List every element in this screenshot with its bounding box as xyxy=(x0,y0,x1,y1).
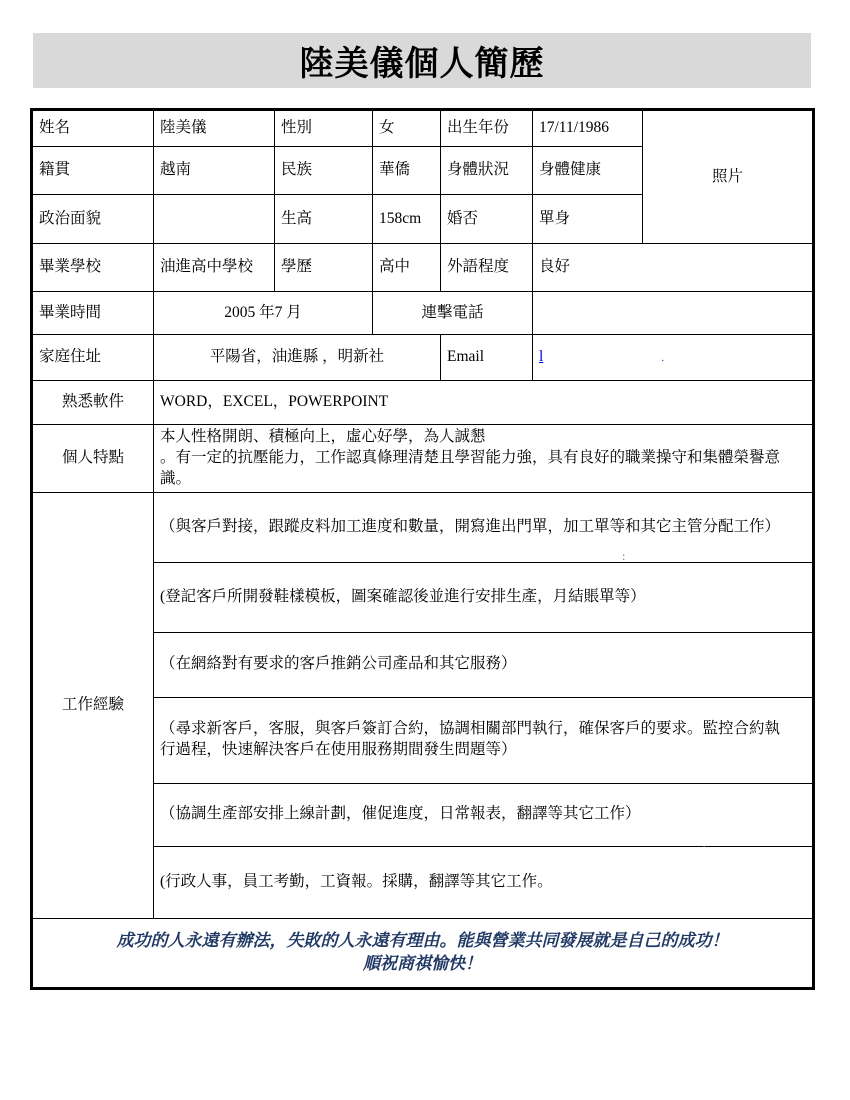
row-school: 畢業學校 油進高中學校 學歷 高中 外語程度 良好 xyxy=(32,244,814,292)
traits-label: 個人特點 xyxy=(32,425,154,493)
email-link[interactable]: l xyxy=(539,348,543,365)
row-software: 熟悉軟件 WORD，EXCEL，POWERPOINT xyxy=(32,381,814,425)
email-stray-dot: . xyxy=(661,352,664,364)
row-grad-date: 畢業時間 2005 年7 月 連擊電話 xyxy=(32,292,814,335)
row-work-1: 工作經驗 （與客戶對接，跟蹤皮料加工進度和數量，開寫進出門單，加工單等和其它主管… xyxy=(32,492,814,562)
birth-label: 出生年份 xyxy=(441,110,533,147)
school-value: 油進高中學校 xyxy=(154,244,275,292)
origin-value: 越南 xyxy=(154,147,275,195)
ethnicity-label: 民族 xyxy=(275,147,373,195)
degree-value: 高中 xyxy=(373,244,441,292)
resume-table: 姓名 陸美儀 性別 女 出生年份 17/11/1986 照片 籍貫 越南 民族 … xyxy=(30,108,815,990)
work-item: (登記客戶所開發鞋樣模板，圖案確認後並進行安排生產，月結賬單等） xyxy=(154,562,814,632)
name-value: 陸美儀 xyxy=(154,110,275,147)
phone-label: 連擊電話 xyxy=(373,292,533,335)
row-slogan: 成功的人永遠有辦法，失敗的人永遠有理由。能與營業共同發展就是自己的成功！ 順祝商… xyxy=(32,918,814,988)
political-label: 政治面貌 xyxy=(32,195,154,244)
health-value: 身體健康 xyxy=(533,147,643,195)
row-traits: 個人特點 本人性格開朗、積極向上，虛心好學，為人誠懇 。有一定的抗壓能力，工作認… xyxy=(32,425,814,493)
political-value xyxy=(154,195,275,244)
email-label: Email xyxy=(441,335,533,381)
origin-label: 籍貫 xyxy=(32,147,154,195)
grad-date-value: 2005 年7 月 xyxy=(154,292,373,335)
work-item: (行政人事，員工考勤，工資報。採購，翻譯等其它工作。 xyxy=(154,846,814,918)
degree-label: 學歷 xyxy=(275,244,373,292)
height-label: 生高 xyxy=(275,195,373,244)
address-value: 平陽省，油進縣 ，明新社 xyxy=(154,335,441,381)
gender-value: 女 xyxy=(373,110,441,147)
gender-label: 性別 xyxy=(275,110,373,147)
foreign-language-value: 良好 xyxy=(533,244,814,292)
resume-page: { "page_title": "陸美儀個人簡歷", "colors": { "… xyxy=(0,0,850,1100)
health-label: 身體狀況 xyxy=(441,147,533,195)
height-value: 158cm xyxy=(373,195,441,244)
school-label: 畢業學校 xyxy=(32,244,154,292)
software-label: 熟悉軟件 xyxy=(32,381,154,425)
scan-artifact-colon: : xyxy=(622,550,625,562)
marital-value: 單身 xyxy=(533,195,643,244)
grad-date-label: 畢業時間 xyxy=(32,292,154,335)
marital-label: 婚否 xyxy=(441,195,533,244)
page-title: 陸美儀個人簡歷 xyxy=(33,33,811,88)
work-label: 工作經驗 xyxy=(32,492,154,918)
phone-value xyxy=(533,292,814,335)
row-address: 家庭住址 平陽省，油進縣 ，明新社 Email l. xyxy=(32,335,814,381)
name-label: 姓名 xyxy=(32,110,154,147)
row-name: 姓名 陸美儀 性別 女 出生年份 17/11/1986 照片 xyxy=(32,110,814,147)
foreign-language-label: 外語程度 xyxy=(441,244,533,292)
work-item: （在網絡對有要求的客戶推銷公司產品和其它服務） xyxy=(154,632,814,697)
email-cell: l. xyxy=(533,335,814,381)
ethnicity-value: 華僑 xyxy=(373,147,441,195)
software-value: WORD，EXCEL，POWERPOINT xyxy=(154,381,814,425)
work-item: （尋求新客戶，客服，與客戶簽訂合約，協調相關部門執行，確保客戶的要求。監控合約執… xyxy=(154,697,814,783)
work-item: （協調生產部安排上線計劃，催促進度，日常報表，翻譯等其它工作） xyxy=(154,783,814,846)
slogan-text: 成功的人永遠有辦法，失敗的人永遠有理由。能與營業共同發展就是自己的成功！ 順祝商… xyxy=(32,918,814,988)
traits-value: 本人性格開朗、積極向上，虛心好學，為人誠懇 。有一定的抗壓能力，工作認真條理清楚… xyxy=(154,425,814,493)
birth-value: 17/11/1986 xyxy=(533,110,643,147)
scan-artifact-dot: . xyxy=(703,840,705,849)
address-label: 家庭住址 xyxy=(32,335,154,381)
work-item: （與客戶對接，跟蹤皮料加工進度和數量，開寫進出門單，加工單等和其它主管分配工作） xyxy=(154,492,814,562)
photo-placeholder: 照片 xyxy=(643,110,814,244)
